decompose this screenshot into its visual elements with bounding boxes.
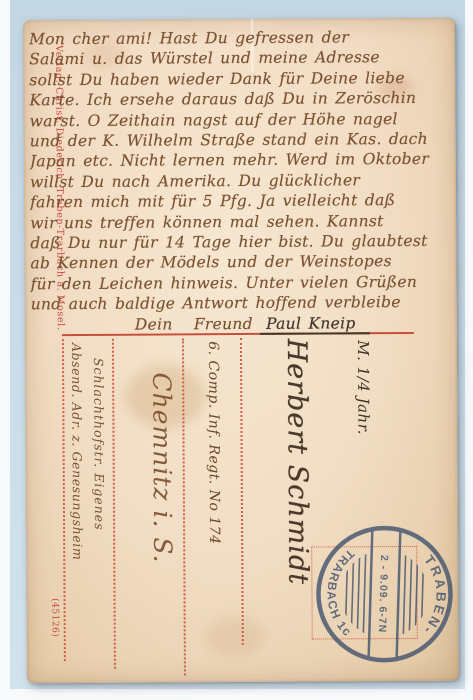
- address-column-postage-note: M. 1/4 Jahr.: [354, 340, 373, 480]
- message-line: ab Kennen der Mödels und der Weinstopes: [30, 251, 452, 274]
- message-line: daß Du nur für 14 Tage hier bist. Du gla…: [30, 231, 452, 254]
- message-line: warst. O Zeithain nagst auf der Höhe nag…: [30, 108, 452, 131]
- postmark-date: 2 - 9.09. 6-7N: [376, 555, 390, 634]
- address-column-regiment: 6. Comp. Inf. Regt. No 174: [205, 341, 223, 677]
- message-line: Japan etc. Nicht lernen mehr. Werd im Ok…: [30, 149, 452, 172]
- signature-text: Paul Kneip: [260, 314, 370, 335]
- closing-text: Dein Freund: [135, 315, 253, 334]
- address-dotted-line: [240, 338, 244, 645]
- closing-line: Dein Freund Paul Kneip: [31, 312, 453, 335]
- message-line: Karte. Ich ersehe daraus daß Du in Zerös…: [29, 88, 451, 111]
- print-number: (45126): [50, 598, 60, 658]
- message-line: sollst Du haben wieder Dank für Deine li…: [29, 68, 451, 91]
- message-line: und der K. Wilhelm Straße stand ein Kas.…: [30, 129, 452, 152]
- message-line: willst Du nach Amerika. Du glücklicher: [30, 170, 452, 193]
- address-column-street: Schlachthofstr. Eigenes: [91, 358, 108, 663]
- postmark-band-line: [369, 529, 373, 658]
- handwritten-message: Mon cher ami! Hast Du gefressen der Sala…: [29, 27, 453, 336]
- message-line: und auch baldige Antwort hoffend verblei…: [31, 292, 453, 315]
- address-dotted-line: [112, 339, 116, 669]
- message-line: für den Leichen hinweis. Unter vielen Gr…: [31, 272, 453, 295]
- postcard: Verlag: Christ. Diederich, Traben-Trarba…: [23, 18, 459, 684]
- message-line: Salami u. das Würstel und meine Adresse: [29, 47, 451, 70]
- message-line: wir uns treffen können mal sehen. Kannst: [30, 210, 452, 233]
- postmark-graphic: TRABEN- TRARBACH 1c 2 - 9.09. 6-7N: [307, 517, 461, 671]
- address-column-sender-note: Absend. Adr. z. Genesungsheim: [69, 343, 86, 669]
- message-line: fahren mich mit für 5 Pfg. Ja vielleicht…: [30, 190, 452, 213]
- address-column-city: Chemnitz i. S.: [147, 372, 178, 664]
- postmark-band-line: [397, 530, 401, 659]
- address-dotted-line: [62, 339, 66, 661]
- postmark-stamp: TRABEN- TRARBACH 1c 2 - 9.09. 6-7N: [307, 517, 461, 671]
- message-line: Mon cher ami! Hast Du gefressen der: [29, 27, 451, 50]
